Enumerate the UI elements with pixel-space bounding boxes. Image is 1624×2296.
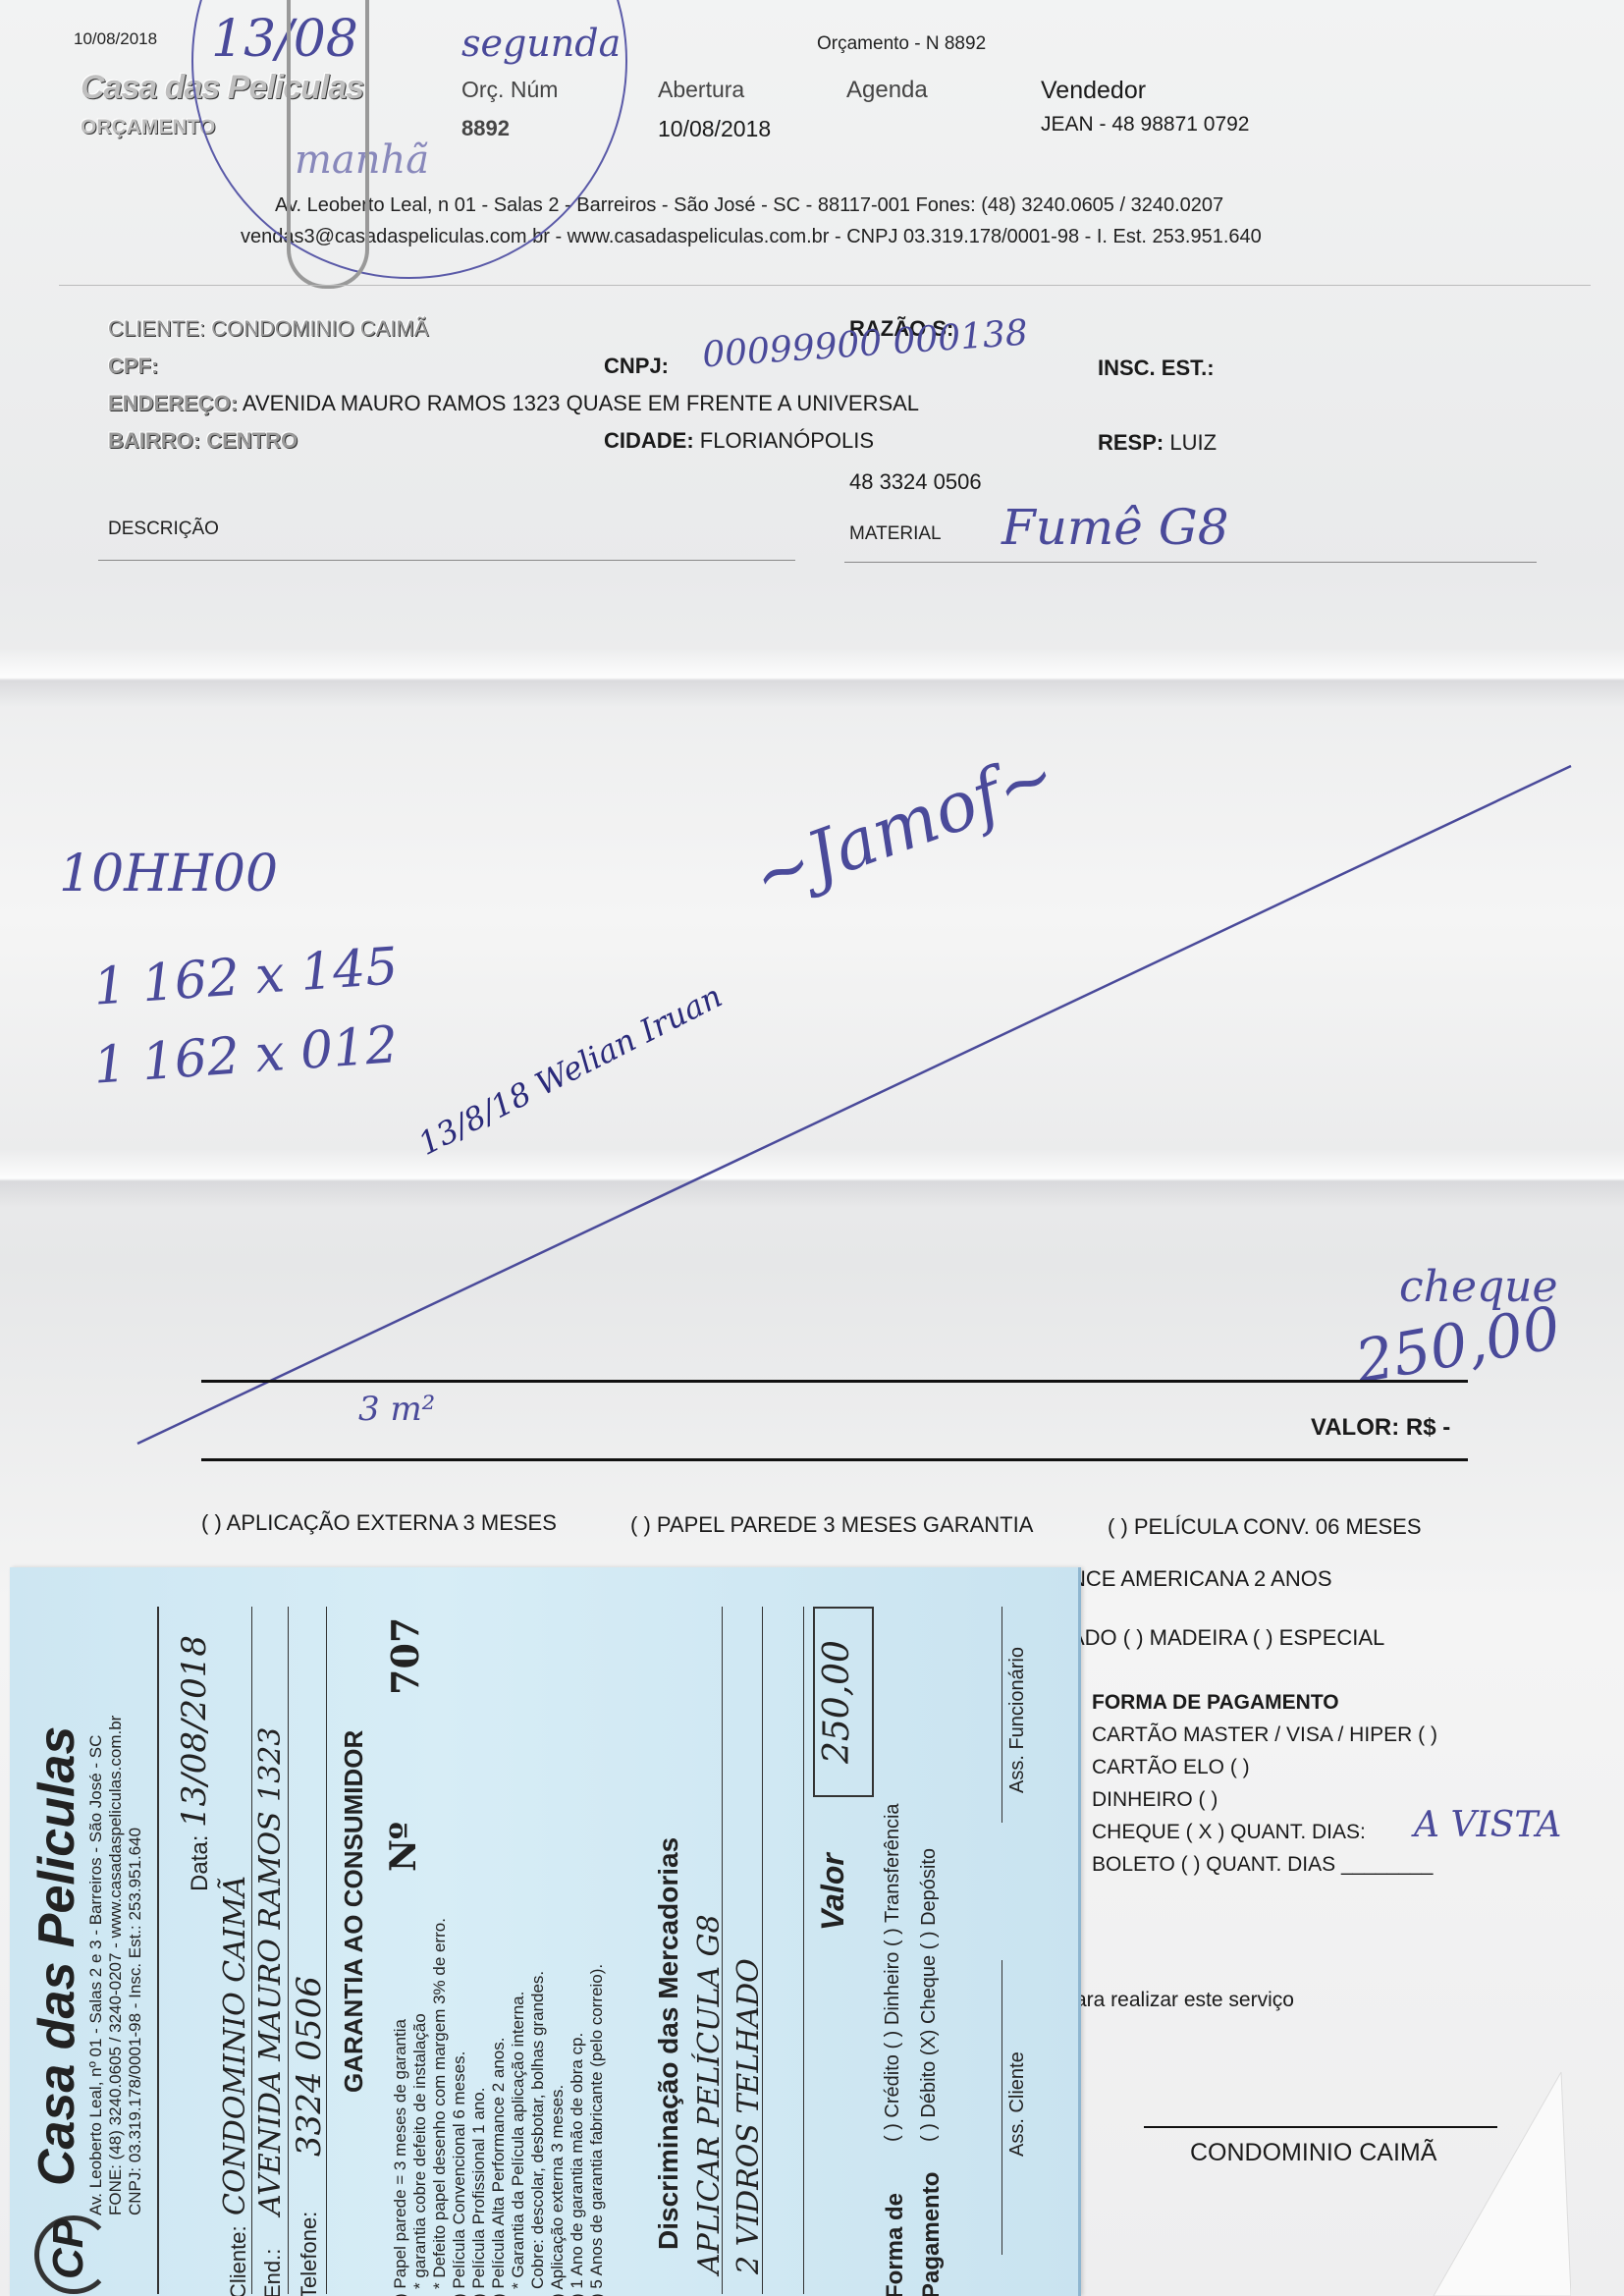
slip-phone: FONE: (48) 3240.0605 / 3240-0207 - www.c… [106,1716,126,2215]
slip-data-value: 13/08/2018 [175,1635,214,1828]
slip-ass-cliente: Ass. Cliente [1006,2051,1029,2157]
slip-cliente-label: Cliente: [226,2225,251,2296]
guarantee-item: * Garantia da Película aplicação interna… [509,1992,528,2289]
service-note: ara realizar este serviço [1075,1989,1294,2012]
valor-label: VALOR: R$ - [1311,1414,1450,1442]
slip-field-line [762,1607,763,2294]
slip-pay-title-2: Pagamento [918,2172,946,2296]
slip-field-line [288,1607,289,2294]
slip-number: 707 [383,1617,427,1695]
warranty-option-americana[interactable]: NCE AMERICANA 2 ANOS [1070,1566,1332,1592]
slip-merch-line: 2 VIDROS TELHADO [731,1958,766,2274]
slip-signature-line [1001,1607,1002,1823]
slip-divider [157,1607,159,2294]
slip-logo-initials: CP [44,2219,93,2279]
guarantee-item: ) Película Convencional 6 meses. [450,2051,469,2296]
guarantee-item: ) Aplicação externa 3 meses. [548,2085,568,2296]
folded-corner [1394,2072,1571,2296]
guarantee-item: ) 1 Ano de garantia mão de obra cp. [568,2033,587,2296]
warranty-receipt-slip: CP Casa das Peliculas Av. Leoberto Leal,… [10,1567,1081,2296]
slip-field-line [251,1607,252,2294]
guarantee-item: ) Papel parede = 3 meses de garantia [391,2019,410,2296]
slip-data-label: Data: [187,1835,214,1891]
slip-telefone-label: Telefone: [297,2212,322,2296]
slip-guarantee-title: GARANTIA AO CONSUMIDOR [339,1730,369,2093]
guarantee-item: ) 5 Anos de garantia fabricante (pelo co… [587,1964,607,2296]
slip-ass-funcionario: Ass. Funcionário [1006,1647,1029,1793]
handwritten-area: 3 m² [358,1390,435,1429]
payment-option-master[interactable]: CARTÃO MASTER / VISA / HIPER ( ) [1092,1723,1437,1747]
warranty-option-conv[interactable]: ( ) PELÍCULA CONV. 06 MESES [1108,1514,1422,1540]
payment-option-elo[interactable]: CARTÃO ELO ( ) [1092,1756,1250,1779]
slip-end-label: End.: [260,2249,286,2296]
warranty-option-material[interactable]: ADO ( ) MADEIRA ( ) ESPECIAL [1070,1625,1384,1651]
slip-valor-label: Valor [815,1853,851,1931]
guarantee-item: Cobre: descolar, desbotar, bolhas grande… [528,1971,548,2289]
payment-option-dinheiro[interactable]: DINHEIRO ( ) [1092,1788,1218,1812]
slip-pay-title-1: Forma de [882,2193,909,2296]
guarantee-item: ) Película Alta Performance 2 anos. [489,2038,509,2296]
slip-merch-title: Discriminação das Mercadorias [653,1837,684,2250]
warranty-option-papel[interactable]: ( ) PAPEL PAREDE 3 MESES GARANTIA [630,1512,1033,1538]
warranty-option-externa[interactable]: ( ) APLICAÇÃO EXTERNA 3 MESES [201,1510,557,1536]
payment-option-cheque[interactable]: CHEQUE ( X ) QUANT. DIAS: [1092,1821,1366,1844]
guarantee-item: * garantia cobre defeito de instalação [410,2013,430,2289]
slip-telefone-value: 3324 0506 [290,1976,329,2157]
payment-title: FORMA DE PAGAMENTO [1092,1691,1339,1715]
slip-field-line [326,1607,327,2294]
slip-field-line [722,1607,723,2294]
cheque-days-handwritten: A VISTA [1414,1805,1561,1845]
slip-pay-row-2[interactable]: ( ) Débito (X) Cheque ( ) Depósito [918,1848,941,2142]
slip-address: Av. Leoberto Leal, nº 01 - Salas 2 e 3 -… [86,1735,106,2215]
slip-valor-value: 250,00 [817,1640,857,1764]
slip-field-line [803,1607,804,2294]
slip-end-value: AVENIDA MAURO RAMOS 1323 [253,1727,288,2215]
slip-number-label: Nº [383,1822,424,1872]
slip-cliente-value: CONDOMINIO CAIMÃ [218,1876,252,2215]
slip-pay-row-1[interactable]: ( ) Crédito ( ) Dinheiro ( ) Transferênc… [882,1803,904,2142]
payment-option-boleto[interactable]: BOLETO ( ) QUANT. DIAS ________ [1092,1853,1433,1877]
slip-brand: Casa das Peliculas [27,1726,86,2186]
valor-line-bottom [201,1458,1468,1461]
valor-line-top [201,1380,1468,1383]
slip-signature-line [1001,1960,1002,2255]
guarantee-item: ) Película Profissional 1 ano. [469,2088,489,2296]
guarantee-item: * Defeito papel desenho com margem 3% de… [430,1918,450,2289]
slip-cnpj: CNPJ: 03.319.178/0001-98 - Insc. Est.: 2… [126,1828,145,2215]
